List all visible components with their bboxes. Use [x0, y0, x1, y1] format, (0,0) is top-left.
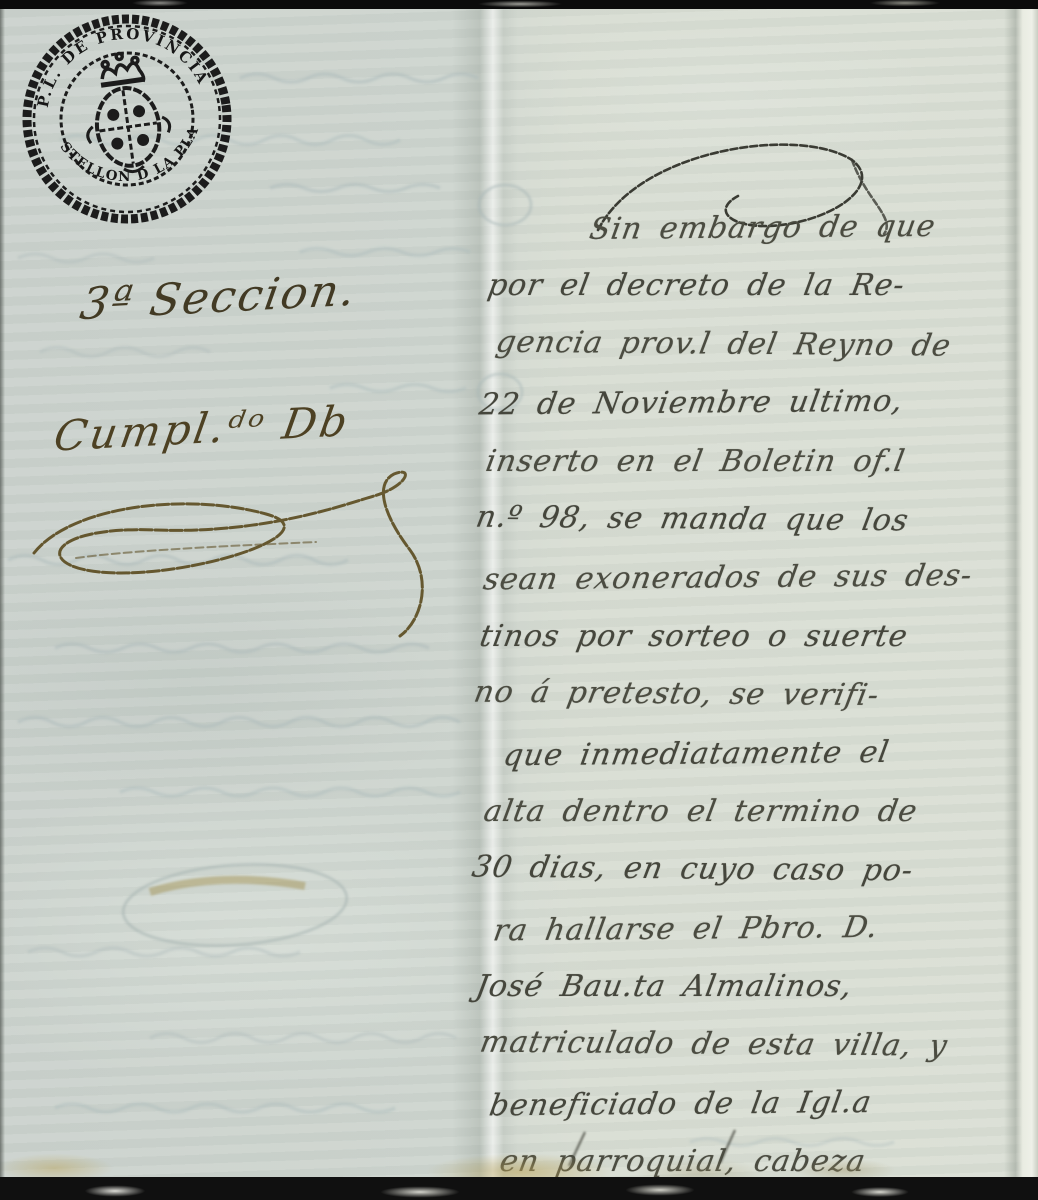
manuscript-line: Sin embargo de que: [587, 210, 1035, 246]
official-seal-stamp: P.L. DE PROVINCIA CASTELLON D LA PLANA: [16, 10, 238, 228]
ghost-writing-stroke: [55, 1104, 395, 1112]
manuscript-line: n.º 98, se manda que los: [473, 502, 1034, 539]
ghost-flourish: [120, 857, 349, 952]
manuscript-line: en parroquial, cabeza: [497, 1146, 1035, 1178]
manuscript-line: tinos por sorteo o suerte: [477, 621, 1035, 653]
manuscript-line: ra hallarse el Pbro. D.: [491, 910, 1035, 947]
manuscript-line: beneficiado de la Igl.a: [487, 1085, 1035, 1122]
manuscript-line: no á pretesto, se verifi-: [471, 677, 1034, 714]
svg-text:P.L. DE PROVINCIA: P.L. DE PROVINCIA: [24, 13, 213, 111]
ghost-writing-stroke: [150, 1034, 456, 1043]
manuscript-line: que inmediatamente el: [501, 735, 1035, 772]
scan-edge-bottom: [0, 1177, 1038, 1200]
ghost-writing-stroke: [240, 74, 478, 82]
manuscript-page: P.L. DE PROVINCIA CASTELLON D LA PLANA: [0, 0, 1038, 1200]
scan-edge-top: [0, 0, 1038, 9]
manuscript-line: matriculado de esta villa, y: [477, 1027, 1034, 1064]
ghost-flourish: [150, 880, 305, 892]
scan-edge-left: [0, 0, 5, 1200]
ghost-writing-stroke: [40, 348, 210, 357]
ghost-writing-stroke: [28, 948, 300, 956]
manuscript-line: gencia prov.l del Reyno de: [493, 326, 1034, 363]
ghost-writing-stroke: [330, 385, 466, 392]
ghost-writing-stroke: [18, 718, 460, 727]
manuscript-line: alta dentro el termino de: [481, 796, 1035, 828]
ghost-writing-stroke: [270, 185, 440, 192]
manuscript-line: 30 dias, en cuyo caso po-: [469, 852, 1034, 889]
ghost-writing-stroke: [120, 788, 460, 796]
letter-body: Sin embargo de quepor el decreto de la R…: [470, 126, 1032, 1200]
manuscript-line: inserto en el Boletin of.l: [483, 446, 1035, 478]
seal-ring-text-top: P.L. DE PROVINCIA: [24, 13, 213, 111]
torn-paper-edge-right: [1004, 0, 1038, 1200]
manuscript-line: José Bau.ta Almalinos,: [473, 971, 1035, 1003]
manuscript-line: por el decreto de la Re-: [485, 270, 1035, 302]
ghost-writing-stroke: [300, 249, 470, 256]
rubric-signature-flourish: [16, 458, 466, 658]
ghost-writing-stroke: [18, 254, 154, 262]
manuscript-lines: Sin embargo de quepor el decreto de la R…: [470, 212, 1032, 1179]
section-label: 3ª Seccion.: [77, 265, 361, 330]
manuscript-line: 22 de Noviembre ultimo,: [477, 385, 1035, 422]
compliance-note: Cumpl.ᵈᵒ Db: [51, 396, 354, 460]
manuscript-line: sean exonerados de sus des-: [481, 560, 1035, 597]
